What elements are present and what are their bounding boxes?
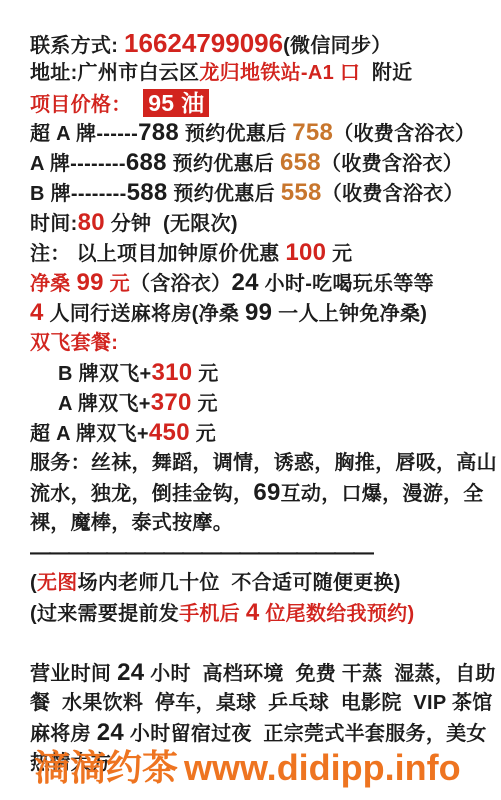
text-segment: 4 — [246, 599, 260, 626]
watermark: 滴滴约茶www.didipp.info — [34, 740, 467, 791]
text-segment: 元 — [192, 393, 218, 415]
text-segment: 758 — [292, 119, 333, 146]
text-segment: 99 — [76, 269, 103, 296]
text-segment: 370 — [151, 389, 192, 416]
text-segment: 分钟 (无限次) — [105, 213, 238, 235]
spacer-line — [30, 628, 501, 658]
combo-b-line: B 牌双飞+310 元 — [30, 358, 501, 388]
text-segment: 服务：丝袜，舞蹈，调情，诱惑，胸推，唇吸，高山 — [30, 452, 497, 474]
amenities-line-1: 营业时间 24 小时 高档环境 免费 干蒸 湿蒸，自助 — [30, 658, 501, 688]
text-segment: 互动，口爆，漫游，全 — [281, 483, 484, 505]
text-segment: 小时 高档环境 免费 干蒸 湿蒸，自助 — [144, 663, 495, 685]
text-segment: 超 A 牌双飞+ — [30, 423, 149, 445]
combo-a-line: A 牌双飞+370 元 — [30, 388, 501, 418]
text-segment: 联系方式: — [30, 35, 124, 57]
text-segment: A 牌双飞+ — [58, 393, 151, 415]
duration-line: 时间:80 分钟 (无限次) — [30, 208, 501, 238]
text-segment: 手机后 — [179, 603, 246, 625]
text-segment: 4 — [30, 299, 44, 326]
text-segment: （收费含浴衣） — [322, 183, 464, 205]
text-segment: 附近 — [360, 62, 412, 84]
metro-station: 龙归地铁站-A1 口 — [199, 62, 360, 84]
text-segment: ( — [30, 572, 37, 594]
text-segment: 24 — [231, 269, 258, 296]
text-segment: 净桑 — [30, 273, 76, 295]
text-segment: 558 — [281, 179, 322, 206]
note-line: 注： 以上项目加钟原价优惠 100 元 — [30, 238, 501, 268]
text-segment: (过来需要提前发 — [30, 603, 179, 625]
text-segment: 无图 — [37, 572, 78, 594]
price-a-line: A 牌--------688 预约优惠后 658（收费含浴衣） — [30, 148, 501, 178]
text-segment: 元 — [190, 423, 216, 445]
no-photo-note-line: (无图场内老师几十位 不合适可随便更换) — [30, 568, 501, 598]
text-segment: 元 — [326, 243, 352, 265]
combo-header-line: 双飞套餐: — [30, 328, 501, 358]
text-segment: 小时-吃喝玩乐等等 — [259, 273, 434, 295]
text-segment: 预约优惠后 — [179, 123, 292, 145]
watermark-url: www.didipp.info — [184, 747, 461, 788]
text-segment: （收费含浴衣） — [333, 123, 475, 145]
text-segment: 时间: — [30, 213, 78, 235]
amenities-line-2: 餐 水果饮料 停车，桌球 乒乓球 电影院 VIP 茶馆 — [30, 688, 501, 718]
text-segment: 元 — [192, 363, 218, 385]
price-b-line: B 牌--------588 预约优惠后 558（收费含浴衣） — [30, 178, 501, 208]
phone-number: 16624799096 — [124, 28, 283, 58]
sauna-line: 净桑 99 元（含浴衣）24 小时-吃喝玩乐等等 — [30, 268, 501, 298]
booking-note-line: (过来需要提前发手机后 4 位尾数给我预约) — [30, 598, 501, 628]
text-segment: B 牌-------- — [30, 183, 127, 205]
price-super-a-line: 超 A 牌------788 预约优惠后 758（收费含浴衣） — [30, 118, 501, 148]
text-segment: A 牌-------- — [30, 153, 126, 175]
text-segment: （收费含浴衣） — [321, 153, 463, 175]
text-segment: 99 — [245, 299, 272, 326]
text-segment: 元 — [104, 273, 130, 295]
combo-header-label: 双飞套餐: — [30, 332, 118, 354]
services-line-3: 裸，魔棒，泰式按摩。 — [30, 508, 501, 538]
text-segment: 688 — [126, 149, 167, 176]
text-segment: 营业时间 — [30, 663, 117, 685]
price-header-label: 项目价格： — [30, 94, 143, 116]
text-segment: 100 — [285, 239, 326, 266]
services-line-2: 流水，独龙，倒挂金钩，69互动，口爆，漫游，全 — [30, 478, 501, 508]
text-segment: 裸，魔棒，泰式按摩。 — [30, 512, 233, 534]
price-highlight: 95 油 — [143, 89, 209, 117]
divider-line: —————————————————— — [30, 538, 501, 568]
text-segment: 24 — [117, 659, 144, 686]
text-segment: （含浴衣） — [130, 273, 232, 295]
text-segment: 位尾数给我预约) — [259, 603, 414, 625]
text-segment: 地址:广州市白云区 — [30, 62, 199, 84]
services-line-1: 服务：丝袜，舞蹈，调情，诱惑，胸推，唇吸，高山 — [30, 448, 501, 478]
text-segment: 788 — [138, 119, 179, 146]
wechat-note: (微信同步） — [283, 35, 391, 57]
text-segment: 超 A 牌------ — [30, 123, 138, 145]
divider: —————————————————— — [30, 541, 372, 564]
address-line: 地址:广州市白云区龙归地铁站-A1 口 附近 — [30, 58, 501, 88]
contact-line: 联系方式: 16624799096(微信同步） — [30, 28, 501, 58]
flyer-body: 联系方式: 16624799096(微信同步）地址:广州市白云区龙归地铁站-A1… — [0, 0, 501, 778]
price-header-line: 项目价格： 95 油 — [30, 88, 501, 118]
text-segment: 80 — [78, 209, 105, 236]
text-segment: 一人上钟免净桑) — [272, 303, 427, 325]
text-segment: 69 — [253, 479, 280, 506]
text-segment: 预约优惠后 — [167, 153, 280, 175]
text-segment: 588 — [127, 179, 168, 206]
text-segment: 餐 水果饮料 停车，桌球 乒乓球 电影院 VIP 茶馆 — [30, 692, 493, 714]
text-segment: 658 — [280, 149, 321, 176]
text-segment: 流水，独龙，倒挂金钩， — [30, 483, 253, 505]
text-segment: 450 — [149, 419, 190, 446]
combo-super-a-line: 超 A 牌双飞+450 元 — [30, 418, 501, 448]
watermark-brand: 滴滴约茶 — [34, 747, 178, 788]
text-segment: 310 — [151, 359, 192, 386]
text-segment: 场内老师几十位 不合适可随便更换) — [78, 572, 401, 594]
text-segment: B 牌双飞+ — [58, 363, 151, 385]
text-segment: 人同行送麻将房(净桑 — [44, 303, 245, 325]
text-segment: 注： 以上项目加钟原价优惠 — [30, 243, 285, 265]
group-offer-line: 4 人同行送麻将房(净桑 99 一人上钟免净桑) — [30, 298, 501, 328]
text-segment: 预约优惠后 — [168, 183, 281, 205]
